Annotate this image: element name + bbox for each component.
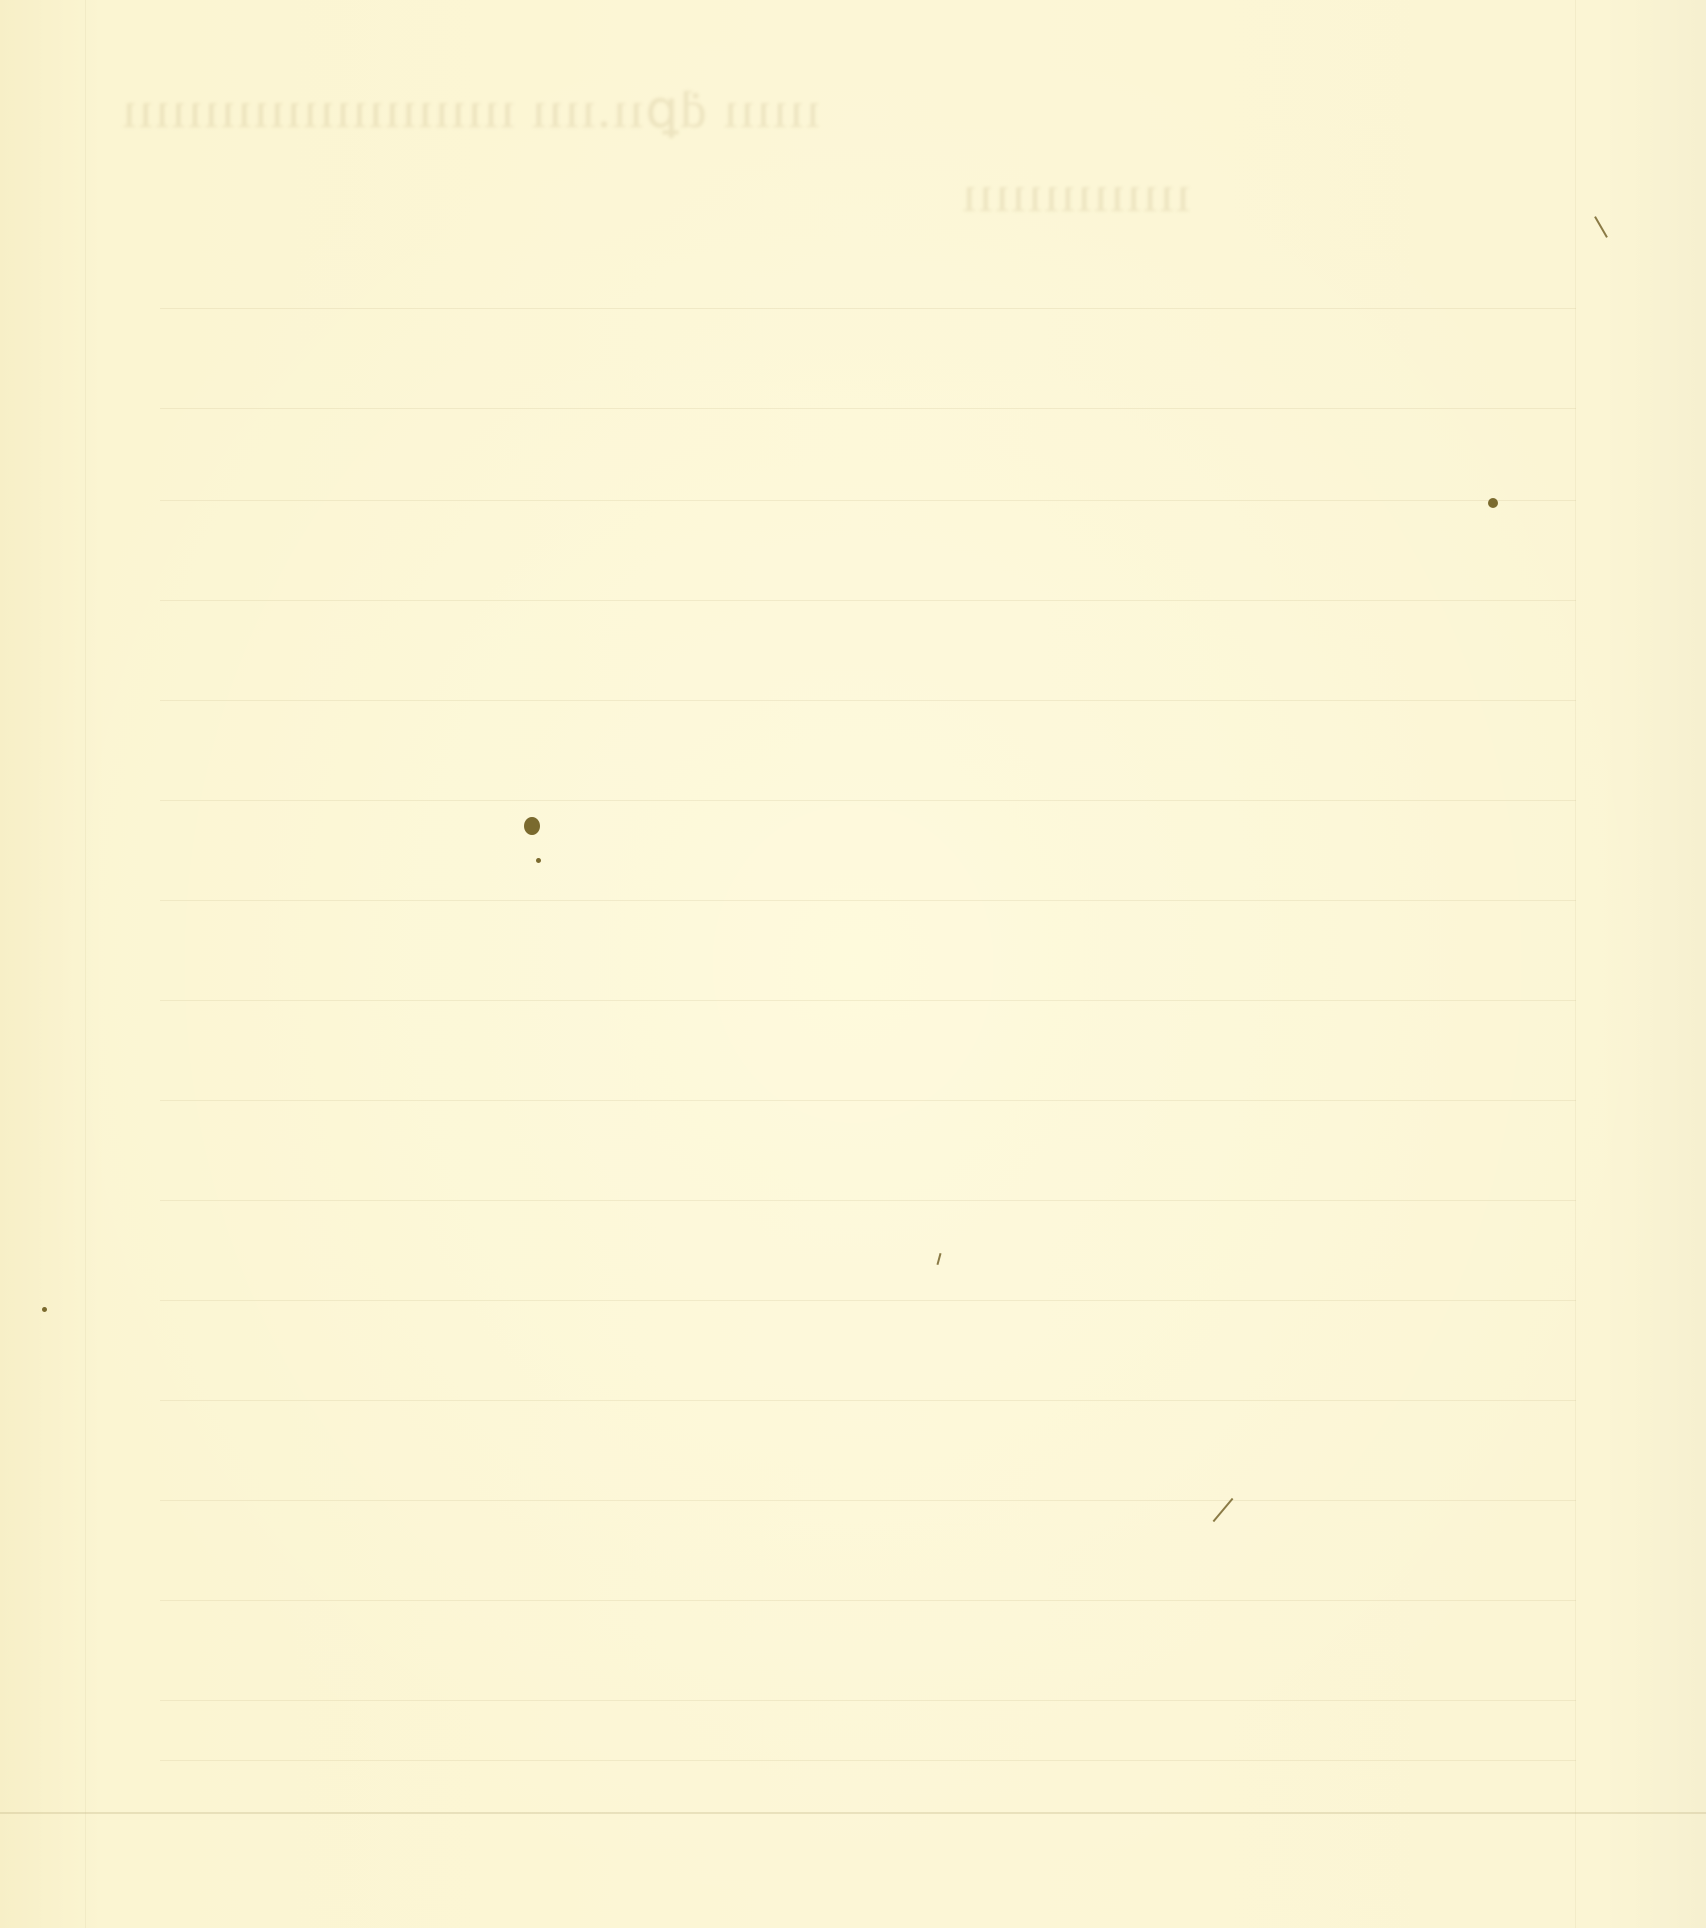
- ink-speck: [1488, 498, 1498, 508]
- paper-page: ıııııı ḋꝑıı.ıııı ııııııııııııııııııııııı…: [0, 0, 1706, 1928]
- bleed-through-line-2: ıııııııııııııı: [960, 165, 1190, 224]
- ink-speck: [524, 817, 540, 835]
- left-margin-line: [85, 0, 86, 1928]
- ruled-line: [160, 1500, 1576, 1501]
- ruled-line: [160, 1200, 1576, 1201]
- ruled-line: [160, 1300, 1576, 1301]
- ruled-line: [160, 408, 1576, 409]
- bottom-edge-line: [0, 1812, 1706, 1814]
- ruled-line: [160, 700, 1576, 701]
- ink-speck: [536, 858, 541, 863]
- ruled-line: [160, 1400, 1576, 1401]
- bleed-through-line-1: ıııııı ḋꝑıı.ıııı ııııııııııııııııııııııı…: [120, 80, 820, 140]
- ruled-line: [160, 800, 1576, 801]
- right-margin-line: [1575, 0, 1576, 1928]
- ruled-line: [160, 900, 1576, 901]
- pen-stroke: [1594, 216, 1608, 238]
- ruled-line: [160, 1760, 1576, 1761]
- ruled-line: [160, 1600, 1576, 1601]
- ruled-line: [160, 500, 1576, 501]
- ruled-line: [160, 1100, 1576, 1101]
- pen-stroke: [1213, 1498, 1234, 1522]
- ruled-line: [160, 1000, 1576, 1001]
- ruled-line: [160, 600, 1576, 601]
- ruled-line: [160, 1700, 1576, 1701]
- ruled-line: [160, 308, 1576, 309]
- pen-stroke: [936, 1253, 941, 1265]
- ink-speck: [42, 1307, 47, 1312]
